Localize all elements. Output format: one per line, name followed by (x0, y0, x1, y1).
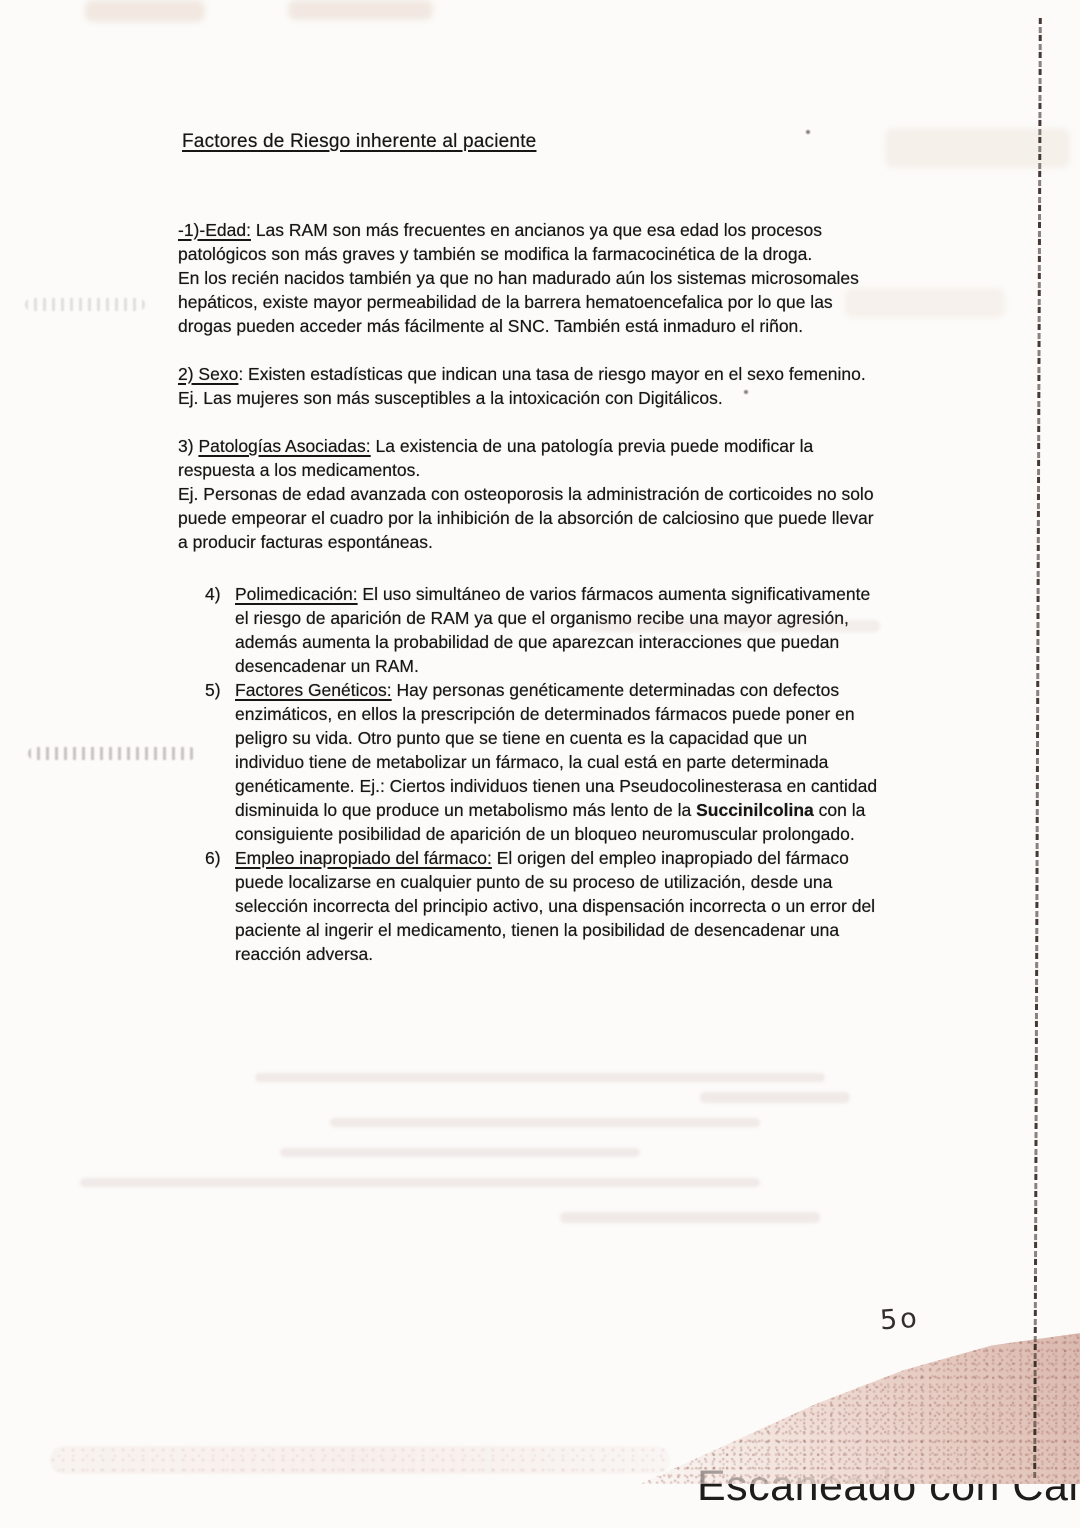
list-item-factores-geneticos: 5) Factores Genéticos: Hay personas gené… (205, 678, 880, 846)
bleed-through-text (700, 1092, 850, 1103)
list-item-heading: Empleo inapropiado del fármaco: (235, 848, 492, 868)
list-item-body: Polimedicación: El uso simultáneo de var… (235, 582, 880, 678)
section-sexo-body: : Existen estadísticas que indican una t… (178, 364, 866, 408)
list-item-heading: Polimedicación: (235, 584, 358, 604)
section-edad: -1)-Edad: Las RAM son más frecuentes en … (178, 218, 880, 338)
scanned-page: Factores de Riesgo inherente al paciente… (178, 130, 880, 966)
bleed-through-text (560, 1212, 820, 1223)
section-patologias: 3) Patologías Asociadas: La existencia d… (178, 434, 880, 554)
section-patologias-heading: Patologías Asociadas: (198, 436, 370, 456)
list-item-body: Factores Genéticos: Hay personas genétic… (235, 678, 880, 846)
scan-speckle-trail (50, 1446, 670, 1474)
page-title-text: Factores de Riesgo inherente al paciente (182, 131, 536, 152)
bold-term-succinilcolina: Succinilcolina (696, 800, 814, 820)
list-item-number: 4) (205, 582, 235, 678)
scan-dot (744, 390, 748, 394)
page-title: Factores de Riesgo inherente al paciente (182, 130, 880, 154)
section-sexo-heading: 2) Sexo (178, 364, 238, 384)
handwritten-page-number: 5o (879, 1303, 921, 1337)
scan-paper-edge-texture (640, 1330, 1080, 1484)
list-item-body: Empleo inapropiado del fármaco: El orige… (235, 846, 880, 966)
list-item-empleo-inapropiado: 6) Empleo inapropiado del fármaco: El or… (205, 846, 880, 966)
list-item-number: 6) (205, 846, 235, 966)
pencil-mark (28, 747, 196, 760)
section-edad-heading: -1)-Edad: (178, 220, 251, 240)
section-edad-body: Las RAM son más frecuentes en ancianos y… (178, 220, 859, 336)
pencil-mark (25, 298, 145, 311)
bleed-through-text (255, 1073, 825, 1082)
scan-dot (806, 130, 810, 134)
section-sexo: 2) Sexo: Existen estadísticas que indica… (178, 362, 880, 410)
bleed-through-text (280, 1148, 640, 1157)
scan-smudge (885, 128, 1070, 168)
bleed-through-text (330, 1118, 760, 1127)
list-item-number: 5) (205, 678, 235, 846)
section-patologias-prefix: 3) (178, 436, 198, 456)
bleed-through-text (80, 1178, 760, 1187)
list-item-polimedicacion: 4) Polimedicación: El uso simultáneo de … (205, 582, 880, 678)
scan-smudge (85, 0, 205, 22)
scan-crease-line (1033, 18, 1041, 1478)
risk-factor-list: 4) Polimedicación: El uso simultáneo de … (205, 582, 880, 966)
list-item-heading: Factores Genéticos: (235, 680, 392, 700)
list-item-text: Hay personas genéticamente determinadas … (235, 680, 877, 820)
scan-smudge (288, 0, 433, 20)
